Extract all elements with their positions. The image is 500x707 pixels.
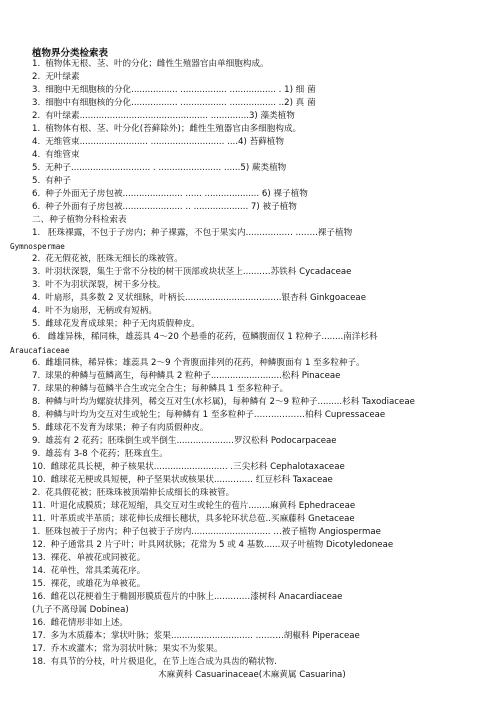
key-line: 6.种子外面无子房包被...................... ......… xyxy=(32,188,308,201)
line-text: 雌球花无梗或具短梗，种子坚果状或核果状.......……. 红豆杉科 Taxac… xyxy=(51,475,333,485)
document-page: 植物界分类检索表 1.植物体无根、茎、叶的分化；雌性生殖器官由单细胞构成。2.无… xyxy=(0,0,500,707)
line-number: 11. xyxy=(32,513,46,526)
line-text: 雌花以花梗着生于椭圆形膜质苞片的中脉上.......……漆树科 Anacardi… xyxy=(51,592,343,602)
line-text: 花无假花被，胚珠无细长的珠被管。 xyxy=(45,254,183,264)
line-text: 雄蕊有 2 花药；胚珠倒生或半倒生.....................罗汉… xyxy=(45,436,336,446)
line-text: 雌花情形非如上述。 xyxy=(51,618,128,628)
line-text: 种子外面无子房包被...................... ...... .… xyxy=(45,189,308,199)
line-text: 雌球花发育成球果；种子无肉质假种皮。 xyxy=(45,319,200,329)
line-number: 12. xyxy=(32,539,46,552)
line-number: 6. xyxy=(32,357,40,370)
key-line: 9.雄蕊有 3-8 个花药；胚珠直生。 xyxy=(32,448,168,461)
line-number: 4. xyxy=(32,305,40,318)
line-number: 14. xyxy=(32,565,46,578)
key-line: 6. 雌雄异株，稀同株，雄蕊具 4～20 个悬垂的花药，苞鳞腹面仅 1 粒种子.… xyxy=(32,331,378,344)
key-line: 16.雌花以花梗着生于椭圆形膜质苞片的中脉上.......……漆树科 Anaca… xyxy=(32,591,342,604)
line-text: 叶不为扇形，无柄或有短柄。 xyxy=(45,306,157,316)
line-text: 二、种子植物分科检索表 xyxy=(32,215,127,225)
line-text: 叶羽状深裂，集生于常不分枝的树干顶部或块状茎上.......…苏铁科 Cycad… xyxy=(45,267,351,277)
key-line: 15.裸花，或雄花为单被花。 xyxy=(32,578,145,591)
line-text: (九子不离母属 Dobinea) xyxy=(32,605,129,615)
line-text: 雄蕊有 3-8 个花药；胚珠直生。 xyxy=(45,449,168,459)
line-text: 植物体无根、茎、叶的分化；雌性生殖器官由单细胞构成。 xyxy=(45,59,268,69)
key-line: 6.雌雄同株，稀异株；雄蕊具 2～9 个背腹面排列的花药，种鳞腹面有 1 至多粒… xyxy=(32,357,365,370)
line-text: 叶不为羽状深裂，树干多分枝。 xyxy=(45,280,165,290)
key-line: 5.雌球花发育成球果；种子无肉质假种皮。 xyxy=(32,318,200,331)
key-line: 9.雄蕊有 2 花药；胚珠倒生或半倒生.....................… xyxy=(32,435,337,448)
key-line: 6.种子外面有子房包被...................... .. ...… xyxy=(32,201,297,214)
line-number: 11. xyxy=(32,500,46,513)
line-text: Gymnospermae xyxy=(10,242,65,251)
line-number: 8. xyxy=(32,409,40,422)
key-line: 二、种子植物分科检索表 xyxy=(32,214,127,227)
line-number: 1. xyxy=(32,526,40,539)
line-text: 球果的种鳞与苞鳞半合生或完全合生；每种鳞具 1 至多粒种子。 xyxy=(45,384,288,394)
key-line: 2.有叶绿素..................................… xyxy=(32,110,295,123)
line-text: 花具假花被；胚珠珠被顶端伸长成细长的珠被管。 xyxy=(45,488,234,498)
line-number: 9. xyxy=(32,448,40,461)
key-line: 木麻黄科 Casuarinaceae(木麻黄属 Casuarina) xyxy=(158,669,346,682)
line-number: 1. xyxy=(32,58,40,71)
key-line: 7.球果的种鳞与苞鳞半合生或完全合生；每种鳞具 1 至多粒种子。 xyxy=(32,383,288,396)
line-text: 雌球花具长梗，种子核果状........................... … xyxy=(51,462,345,472)
line-text: 雌雄异株，稀同株，雄蕊具 4～20 个悬垂的花药，苞鳞腹面仅 1 粒种子....… xyxy=(45,332,377,342)
key-line: 11.叶革质或半革质；球花伸长成细长穗状，具多轮环状总苞..买麻藤科 Gneta… xyxy=(32,513,355,526)
key-line: 2.无叶绿素 xyxy=(32,71,80,84)
line-text: 裸花、单被花或同被花。 xyxy=(51,553,146,563)
line-number: 3. xyxy=(32,279,40,292)
page-title: 植物界分类检索表 xyxy=(32,45,108,59)
line-text: 种鳞与叶均为交互对生或轮生；每种鳞有 1 至多粒种子……...………柏科 Cup… xyxy=(45,410,385,420)
key-line: 5.雌球花不发育为球果；种子有肉质假种皮。 xyxy=(32,422,209,435)
key-line: 13.裸花、单被花或同被花。 xyxy=(32,552,145,565)
line-text: 有种子 xyxy=(45,176,71,186)
line-number: 3. xyxy=(32,97,40,110)
line-number: 2. xyxy=(32,110,40,123)
line-number: 8. xyxy=(32,396,40,409)
line-number: 18. xyxy=(32,656,46,669)
line-text: 植物体有根、茎、叶分化(苔藓除外)；雌性生殖器官由多细胞构成。 xyxy=(45,124,301,134)
key-line: 1.胚珠包被于子房内；种子包被于子房内.....................… xyxy=(32,526,381,539)
line-number: 5. xyxy=(32,422,40,435)
line-text: 有叶绿素....................................… xyxy=(45,111,295,121)
line-number: 17. xyxy=(32,630,46,643)
key-line: 5.无种子............................. . ...… xyxy=(32,162,286,175)
line-number: 7. xyxy=(32,370,40,383)
line-text: 多为木质藤本；掌状叶脉；浆果..........................… xyxy=(51,631,360,641)
key-line: 2.花无假花被，胚珠无细长的珠被管。 xyxy=(32,253,183,266)
line-text: 裸花，或雄花为单被花。 xyxy=(51,579,146,589)
line-text: 胚珠裸露，不包于子房内；种子裸露，不包于果实内.......…...…. ...… xyxy=(45,228,352,238)
key-line: 10.雌球花无梗或具短梗，种子坚果状或核果状.......……. 红豆杉科 Ta… xyxy=(32,474,333,487)
key-line: 10.雌球花具长梗，种子核果状.........................… xyxy=(32,461,345,474)
key-line: 5.有种子 xyxy=(32,175,71,188)
key-line: Araucafiaceae xyxy=(10,344,69,357)
line-text: 球果的种鳞与苞鳞离生，每种鳞具 2 粒种子...................… xyxy=(45,371,340,381)
line-text: 有具节的分枝，叶片极退化，在节上连合成为具齿的鞘状物. xyxy=(51,657,277,667)
key-line: 3.细胞中有细胞核的分化................. ..........… xyxy=(32,97,316,110)
line-number: 1. xyxy=(32,227,40,240)
line-number: 10. xyxy=(32,474,46,487)
key-line: 1.植物体无根、茎、叶的分化；雌性生殖器官由单细胞构成。 xyxy=(32,58,269,71)
line-text: 乔木或灌木；常为羽状叶脉；果实不为浆果。 xyxy=(51,644,223,654)
line-text: 种子外面有子房包被...................... .. .....… xyxy=(45,202,297,212)
key-line: 14.花单性，常具柔荑花序。 xyxy=(32,565,145,578)
line-text: 无种子............................. . .....… xyxy=(45,163,286,173)
line-text: 木麻黄科 Casuarinaceae(木麻黄属 Casuarina) xyxy=(158,670,346,680)
line-number: 6. xyxy=(32,201,40,214)
key-line: Gymnospermae xyxy=(10,240,65,253)
line-number: 16. xyxy=(32,591,46,604)
key-line: 1.植物体有根、茎、叶分化(苔藓除外)；雌性生殖器官由多细胞构成。 xyxy=(32,123,301,136)
line-number: 1. xyxy=(32,123,40,136)
key-line: 4.无维管束......................... ........… xyxy=(32,136,284,149)
line-text: 雌雄同株，稀异株；雄蕊具 2～9 个背腹面排列的花药，种鳞腹面有 1 至多粒种子… xyxy=(45,358,365,368)
line-number: 2. xyxy=(32,487,40,500)
line-number: 9. xyxy=(32,435,40,448)
line-number: 16. xyxy=(32,617,46,630)
line-number: 17. xyxy=(32,643,46,656)
line-text: 花单性，常具柔荑花序。 xyxy=(51,566,146,576)
line-number: 4. xyxy=(32,292,40,305)
line-text: 雌球花不发育为球果；种子有肉质假种皮。 xyxy=(45,423,208,433)
line-text: 细胞中有细胞核的分化................. ............… xyxy=(45,98,315,108)
key-line: 3.叶羽状深裂，集生于常不分枝的树干顶部或块状茎上.......…苏铁科 Cyc… xyxy=(32,266,351,279)
key-line: 4.叶扇形，具多数 2 叉状细脉，叶柄长....................… xyxy=(32,292,366,305)
key-line: 16.雌花情形非如上述。 xyxy=(32,617,128,630)
key-line: 1. 胚珠裸露，不包于子房内；种子裸露，不包于果实内.......…...…. … xyxy=(32,227,352,240)
line-text: 叶革质或半革质；球花伸长成细长穗状，具多轮环状总苞..买麻藤科 Gnetacea… xyxy=(51,514,355,524)
line-number: 10. xyxy=(32,461,46,474)
line-number: 5. xyxy=(32,175,40,188)
line-text: 无叶绿素 xyxy=(45,72,79,82)
line-text: 叶退化成膜质；球花短缩，具交互对生或轮生的苞片........麻黄科 Ephed… xyxy=(51,501,355,511)
line-text: 细胞中无细胞核的分化................. ............… xyxy=(45,85,315,95)
line-number: 5. xyxy=(32,162,40,175)
line-text: 胚珠包被于子房内；种子包被于子房内.......................… xyxy=(45,527,381,537)
line-number: 7. xyxy=(32,383,40,396)
line-number: 3. xyxy=(32,84,40,97)
line-text: 叶扇形，具多数 2 叉状细脉，叶柄长......................… xyxy=(45,293,366,303)
key-line: 3.叶不为羽状深裂，树干多分枝。 xyxy=(32,279,166,292)
line-number: 5. xyxy=(32,318,40,331)
line-number: 2. xyxy=(32,71,40,84)
key-line: 8.种鳞与叶均为螺旋状排列，稀交互对生(水杉属)，每种鳞有 2～9 粒种子...… xyxy=(32,396,415,409)
line-text: 种鳞与叶均为螺旋状排列，稀交互对生(水杉属)，每种鳞有 2～9 粒种子.....… xyxy=(45,397,415,407)
key-line: 11.叶退化成膜质；球花短缩，具交互对生或轮生的苞片........麻黄科 Ep… xyxy=(32,500,355,513)
line-text: 种子通常具 2 片子叶；叶具网状脉；花常为 5 或 4 基数......双子叶植… xyxy=(51,540,393,550)
key-line: 3.细胞中无细胞核的分化................. ..........… xyxy=(32,84,316,97)
line-number: 6. xyxy=(32,331,40,344)
key-line: 4.有维管束 xyxy=(32,149,80,162)
key-line: 17.多为木质藤本；掌状叶脉；浆果.......................… xyxy=(32,630,360,643)
line-number: 4. xyxy=(32,136,40,149)
line-number: 4. xyxy=(32,149,40,162)
key-line: 4.叶不为扇形，无柄或有短柄。 xyxy=(32,305,157,318)
key-line: 2.花具假花被；胚珠珠被顶端伸长成细长的珠被管。 xyxy=(32,487,234,500)
key-line: (九子不离母属 Dobinea) xyxy=(32,604,129,617)
key-line: 8.种鳞与叶均为交互对生或轮生；每种鳞有 1 至多粒种子……...………柏科 C… xyxy=(32,409,385,422)
line-number: 15. xyxy=(32,578,46,591)
line-number: 2. xyxy=(32,253,40,266)
line-number: 13. xyxy=(32,552,46,565)
line-number: 6. xyxy=(32,188,40,201)
key-line: 7.球果的种鳞与苞鳞离生，每种鳞具 2 粒种子.................… xyxy=(32,370,340,383)
line-text: Araucafiaceae xyxy=(10,346,69,355)
line-text: 无维管束......................... ..........… xyxy=(45,137,284,147)
key-line: 17.乔木或灌木；常为羽状叶脉；果实不为浆果。 xyxy=(32,643,223,656)
line-text: 有维管束 xyxy=(45,150,79,160)
key-line: 12.种子通常具 2 片子叶；叶具网状脉；花常为 5 或 4 基数......双… xyxy=(32,539,393,552)
line-number: 3. xyxy=(32,266,40,279)
key-line: 18.有具节的分枝，叶片极退化，在节上连合成为具齿的鞘状物. xyxy=(32,656,277,669)
